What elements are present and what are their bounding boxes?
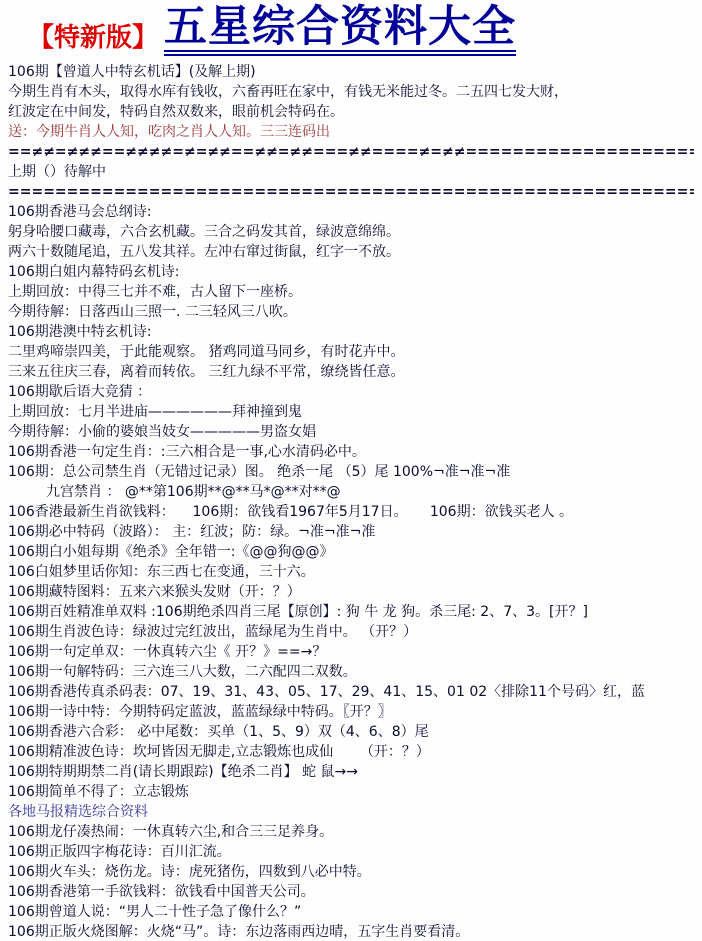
- text-line-huochetou: 106期火车头：烧伤龙。诗：虎死猪伤，四数到八必中特。: [8, 862, 694, 882]
- text-line-gangao-poem-2: 三来五往庆三春，离着而转依。 三红九绿不平常，缭绕皆任意。: [8, 362, 694, 382]
- text-line-one-sentence-tema: 106期一句解特码：三六连三八大数，二六配四二双数。: [8, 662, 694, 682]
- text-line-mark-six-tails: 106期香港六合彩： 必中尾数：买单（1、5、9）双（4、6、8）尾: [8, 722, 694, 742]
- text-line-one-poem-tema: 106期一诗中特：今期特码定蓝波，蓝蓝绿绿中特码。〖开？〗: [8, 702, 694, 722]
- text-line-wave-route: 106期必中特码（波路）： 主：红波；防：绿。¬准¬准¬准: [8, 522, 694, 542]
- text-line-banned-zodiac: 106期：总公司禁生肖（无错过记录）图。 绝杀一尾 （5）尾 100%¬准¬准¬…: [8, 462, 694, 482]
- text-line-first-hand-yuqian: 106期香港第一手欲钱料：欲钱看中国普天公司。: [8, 882, 694, 902]
- content-lines: 106期【曾道人中特玄机话】(及解上期) 今期生肖有木头，取得水库有钱收，六畜再…: [6, 60, 696, 941]
- text-line-longzai: 106期龙仔凑热闹：一休真转六尘,和合三三足养身。: [8, 822, 694, 842]
- text-line-baijie-last: 上期回放：中得三七并不难，古人留下一座桥。: [8, 282, 694, 302]
- text-line-zengdaoren-says: 106期曾道人说：“男人二十性子急了像什么？”: [8, 902, 694, 922]
- text-line-last-issue-pending: 上期（）待解中: [8, 162, 694, 182]
- text-line-baixing-danshuang: 106期百姓精准单双料 :106期绝杀四肖三尾【原创】: 狗 牛 龙 狗。杀三尾…: [8, 602, 694, 622]
- text-line-huoshao-map: 106期正版火烧图解：火烧“马”。诗：东边落雨西边晴，五字生肖要看清。: [8, 922, 694, 941]
- separator-line: ========================================…: [8, 182, 694, 202]
- page-title[interactable]: 五星综合资料大全: [164, 6, 516, 56]
- text-line-baijie-header: 106期白姐内幕特码玄机诗:: [8, 262, 694, 282]
- text-line-poem-2: 两六十数随尾追，五八发其祥。左冲右窜过街鼠，红字一不放。: [8, 242, 694, 262]
- lottery-info-page: 【特新版】 五星综合资料大全 106期【曾道人中特玄机话】(及解上期) 今期生肖…: [0, 0, 702, 941]
- text-line-jiugong-ban: 九宫禁肖 ： @**第106期**@**马*@**对**@: [8, 482, 694, 502]
- text-line-one-sentence-zodiac: 106期香港一句定生肖：:三六相合是一事,心水清码必中。: [8, 442, 694, 462]
- text-line-dream-words: 106白姐梦里话你知：东三西七在变通，三十六。: [8, 562, 694, 582]
- text-line-xiehouyu-current: 今期待解：小偷的婆娘当妓女—————男盗女娼: [8, 422, 694, 442]
- text-line-gangao-poem-1: 二里鸡啼崇四美，于此能观察。 猪鸡同道马同乡，有时花卉中。: [8, 342, 694, 362]
- text-line-precise-wave-poem: 106期精准波色诗：坎坷皆因无脚走,立志锻炼也成仙 （开：？）: [8, 742, 694, 762]
- text-line-verse-2: 红波定在中间发，特码自然双数来，眼前机会特码在。: [8, 102, 694, 122]
- page-header: 【特新版】 五星综合资料大全: [6, 4, 696, 56]
- section-heading-selected-materials: 各地马报精选综合资料: [8, 802, 694, 822]
- text-line-juesha: 106期白小姐每期《绝杀》全年错一:《@@狗@@》: [8, 542, 694, 562]
- text-line-meihua-poem: 106期正版四字梅花诗：百川汇流。: [8, 842, 694, 862]
- text-line-baijie-current: 今期待解：日落西山三照一. 二三轻风三八吹。: [8, 302, 694, 322]
- text-line-kill-code-table: 106期香港传真杀码表：07、19、31、43、05、17、29、41、15、0…: [8, 682, 694, 702]
- text-line-verse-1: 今期生肖有木头，取得水库有钱收，六畜再旺在家中，有钱无米能过冬。二五四七发大财，: [8, 82, 694, 102]
- text-line-cangte-map: 106期藏特图料：五来六来猴头发财（开：？）: [8, 582, 694, 602]
- text-line-jockey-club-poem-header: 106期香港马会总纲诗:: [8, 202, 694, 222]
- text-line-zengdaoren-header: 106期【曾道人中特玄机话】(及解上期): [8, 62, 694, 82]
- text-line-poem-1: 躬身哈腰口藏毒，六合玄机藏。三合之码发其首，绿波意绵绵。: [8, 222, 694, 242]
- text-line-song-hint: 送：今期牛肖人人知，吃肉之肖人人知。三三连码出: [8, 122, 694, 142]
- text-line-xiehouyu-last: 上期回放：七月半进庙——————拜神撞到鬼: [8, 402, 694, 422]
- text-line-xiehouyu-header: 106期歇后语大竞猜 ：: [8, 382, 694, 402]
- text-line-simple: 106期简单不得了：立志锻炼: [8, 782, 694, 802]
- text-line-gangao-header: 106期港澳中特玄机诗:: [8, 322, 694, 342]
- separator-line: ==≠≠=≠≠≠==≠≠≠≠=≠=≠≠==≠≠=≠≠===≠≠====≠=≠≠=…: [8, 142, 694, 162]
- text-line-zodiac-wave-poem: 106期生肖波色诗：绿波过完红波出，蓝绿尾为生肖中。 （开？）: [8, 622, 694, 642]
- text-line-one-sentence-danshuang: 106期一句定单双：一休真转六尘《 开？》==→？: [8, 642, 694, 662]
- text-line-yuqian-material: 106香港最新生肖欲钱料： 106期：欲钱看1967年5月17日。 106期：欲…: [8, 502, 694, 522]
- text-line-ban-two-zodiac: 106期特期期禁二肖(请长期跟踪)【绝杀二肖】 蛇 鼠→→: [8, 762, 694, 782]
- edition-badge: 【特新版】: [28, 25, 158, 51]
